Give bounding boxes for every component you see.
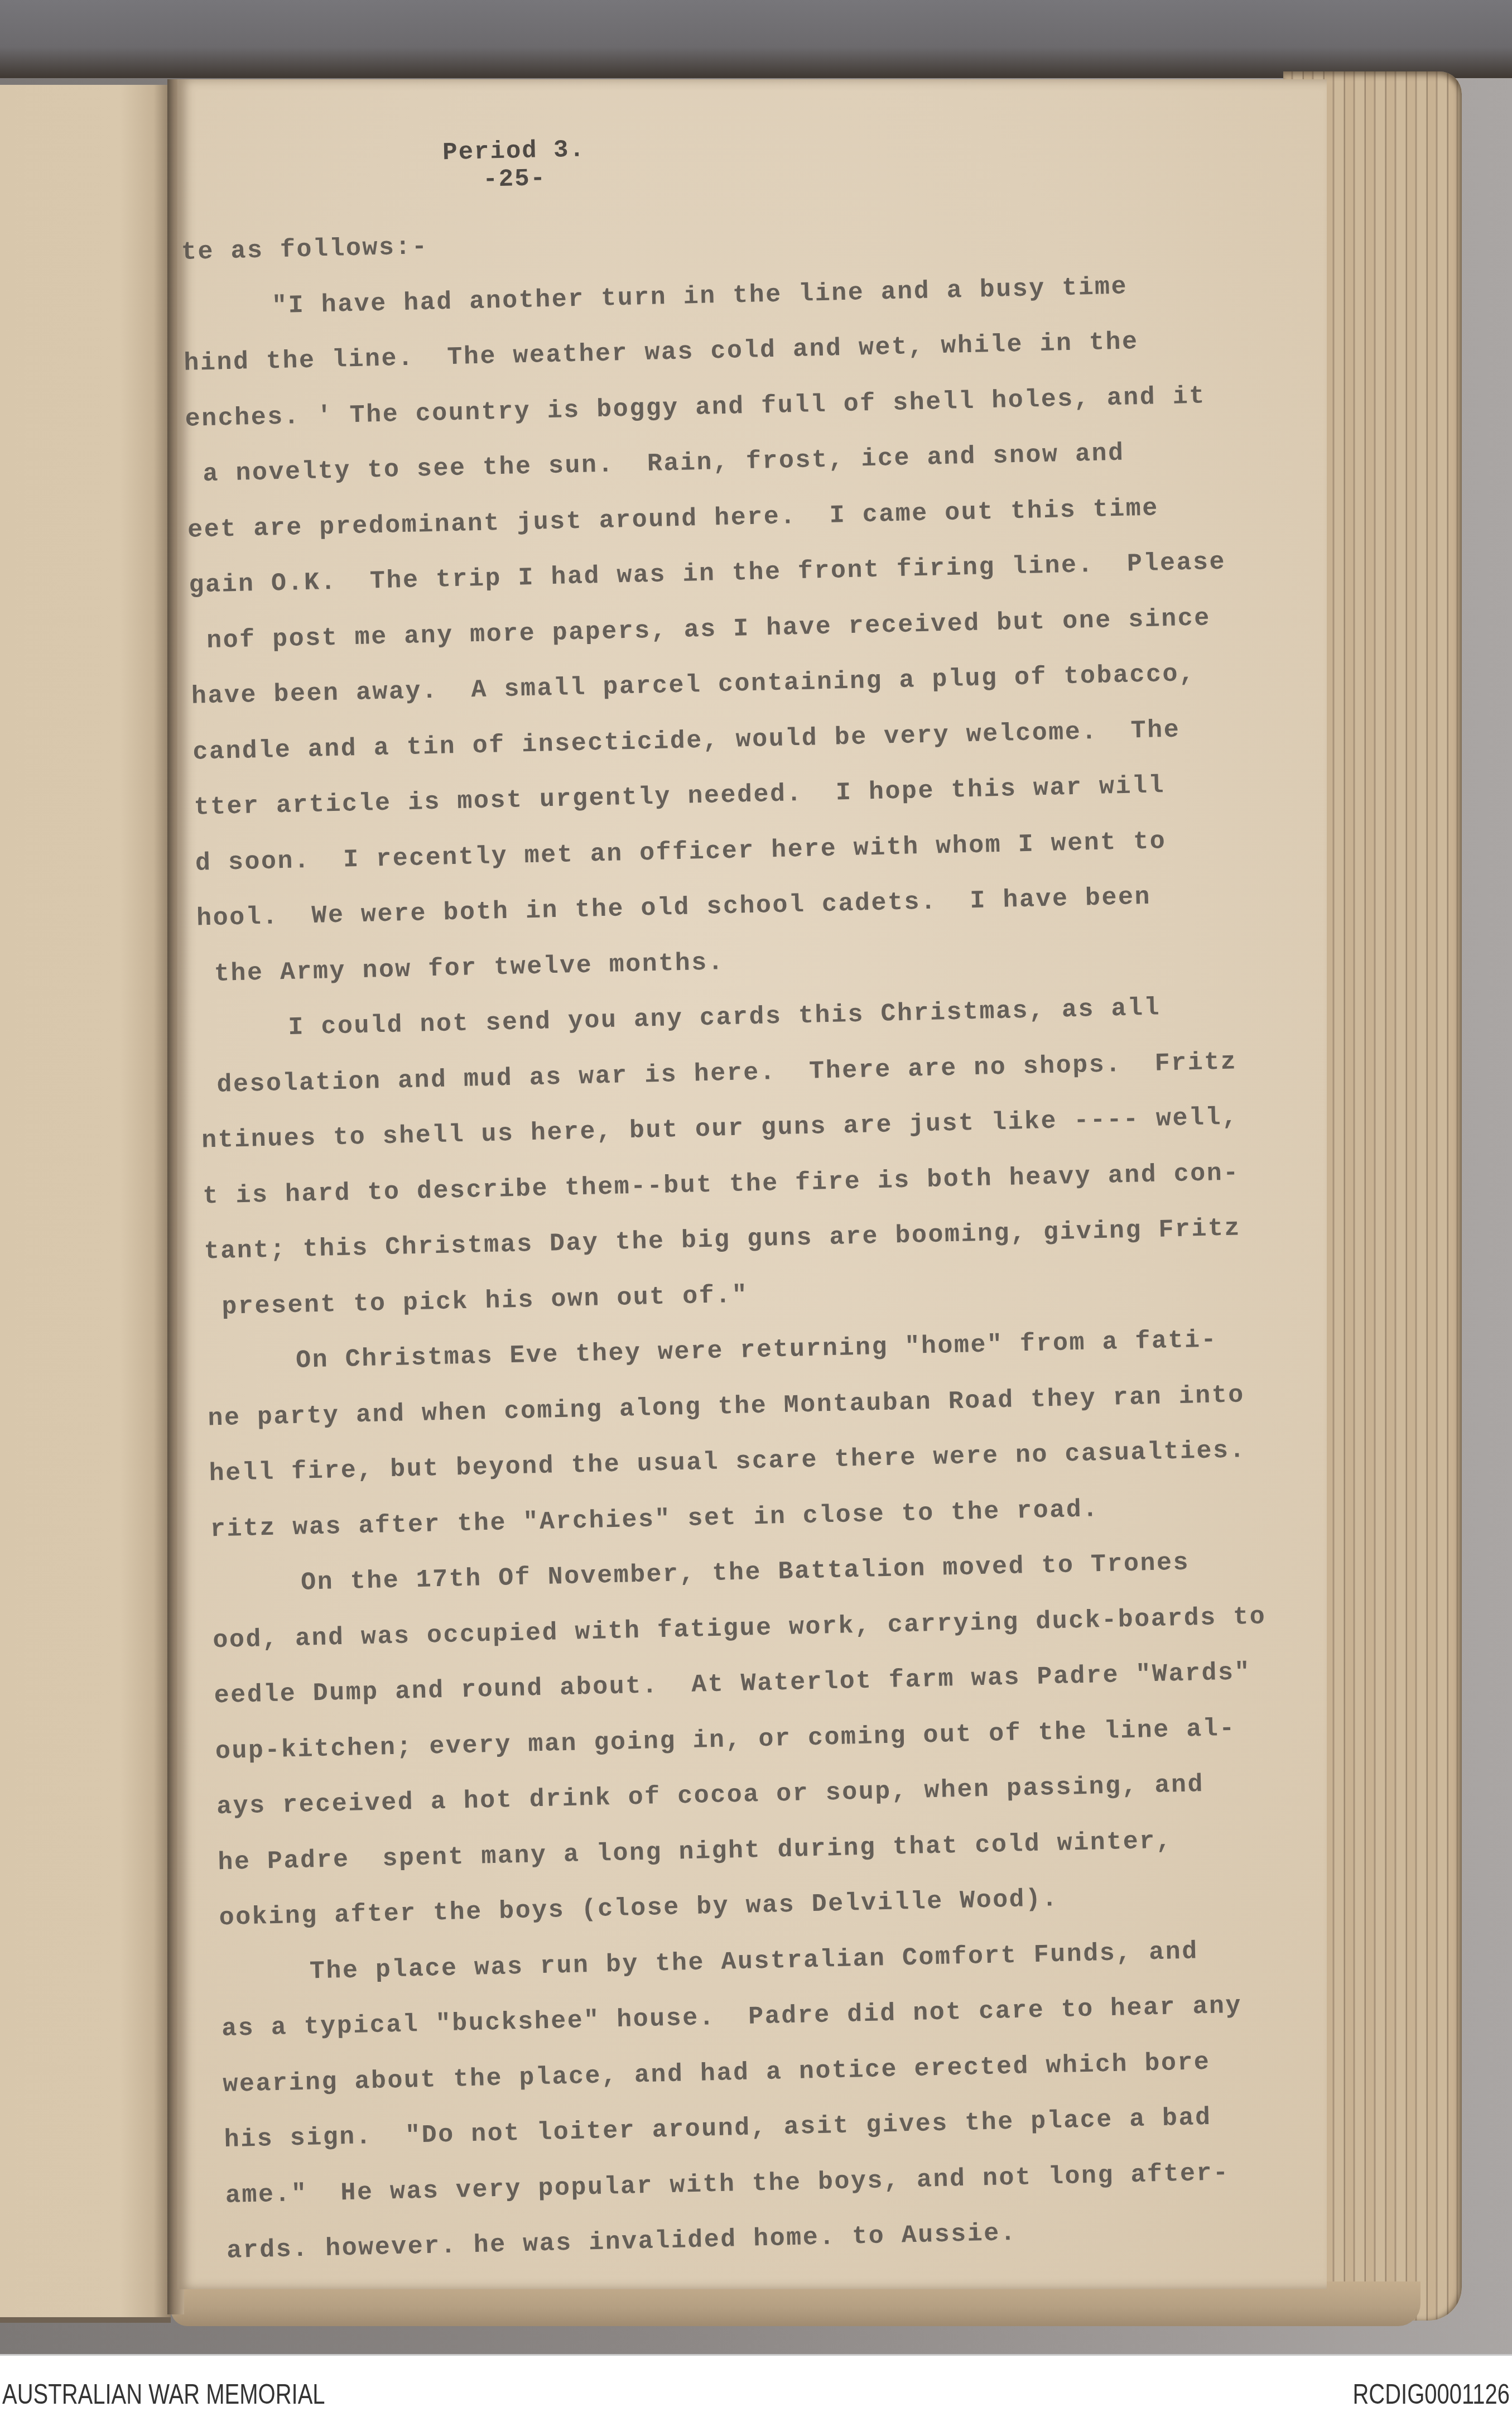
text-line: ooking after the boys (close by was Delv…	[219, 1885, 1059, 1932]
text-line: The place was run by the Australian Comf…	[309, 1937, 1198, 1986]
text-line: he Padre spent many a long night during …	[218, 1827, 1173, 1877]
text-line: ritz was after the "Archies" set in clos…	[210, 1495, 1099, 1544]
text-line: present to pick his own out of."	[205, 1281, 749, 1322]
text-line: ays received a hot drink of cocoa or sou…	[216, 1770, 1205, 1821]
text-line: desolation and mud as war is here. There…	[200, 1048, 1237, 1099]
scan-image: Period 3. -25- te as follows:-"I have ha…	[0, 0, 1512, 2354]
text-line: tter article is most urgently needed. I …	[194, 771, 1165, 822]
text-line: ntinues to shell us here, but our guns a…	[201, 1103, 1239, 1155]
text-line: eet are predominant just around here. I …	[187, 494, 1159, 544]
text-line: the Army now for twelve months.	[198, 948, 725, 988]
left-page	[0, 85, 171, 2323]
text-line: te as follows:-	[181, 233, 428, 267]
text-line: enches. ' The country is boggy and full …	[185, 382, 1206, 433]
text-line: ame." He was very popular with the boys,…	[225, 2159, 1229, 2210]
text-line: hool. We were both in the old school cad…	[196, 883, 1152, 933]
archive-footer: AUSTRALIAN WAR MEMORIAL RCDIG0001126	[0, 2354, 1512, 2421]
text-line: eedle Dump and round about. At Waterlot …	[214, 1658, 1251, 1710]
institution-label: AUSTRALIAN WAR MEMORIAL	[2, 2378, 325, 2410]
text-line: ood, and was occupied with fatigue work,…	[213, 1602, 1267, 1655]
text-line: as a typical "buckshee" house. Padre did…	[221, 1992, 1243, 2043]
text-line: ne party and when coming along the Monta…	[208, 1381, 1245, 1433]
text-line: "I have had another turn in the line and…	[272, 272, 1128, 320]
text-line: tant; this Christmas Day the big guns ar…	[204, 1214, 1241, 1266]
text-line: On the 17th Of November, the Battalion m…	[301, 1549, 1190, 1597]
text-line: ards. however. he was invalided home. to…	[227, 2219, 1017, 2265]
text-line: t is hard to describe them--but the fire…	[203, 1159, 1240, 1210]
right-page: Period 3. -25- te as follows:-"I have ha…	[177, 79, 1327, 2289]
text-line: wearing about the place, and had a notic…	[223, 2048, 1211, 2098]
text-line: d soon. I recently met an officer here w…	[195, 827, 1166, 877]
text-line: a novelty to see the sun. Rain, frost, i…	[186, 439, 1124, 489]
text-line: his sign. "Do not loiter around, asit gi…	[224, 2103, 1212, 2154]
bound-volume: Period 3. -25- te as follows:-"I have ha…	[0, 71, 1462, 2321]
text-line: have been away. A small parcel containin…	[191, 660, 1196, 711]
text-line: I could not send you any cards this Chri…	[288, 993, 1161, 1041]
text-line: gain O.K. The trip I had was in the fron…	[189, 548, 1226, 600]
text-line: On Christmas Eve they were returning "ho…	[296, 1325, 1218, 1375]
text-line: candle and a tin of insecticide, would b…	[192, 715, 1181, 766]
item-identifier: RCDIG0001126	[1352, 2378, 1510, 2410]
typed-page-content: Period 3. -25- te as follows:-"I have ha…	[177, 53, 1376, 2289]
text-line: hell fire, but beyond the usual scare th…	[209, 1436, 1246, 1488]
text-line: hind the line. The weather was cold and …	[184, 328, 1139, 378]
text-line: oup-kitchen; every man going in, or comi…	[215, 1714, 1236, 1765]
text-line: nof post me any more papers, as I have r…	[190, 604, 1211, 655]
